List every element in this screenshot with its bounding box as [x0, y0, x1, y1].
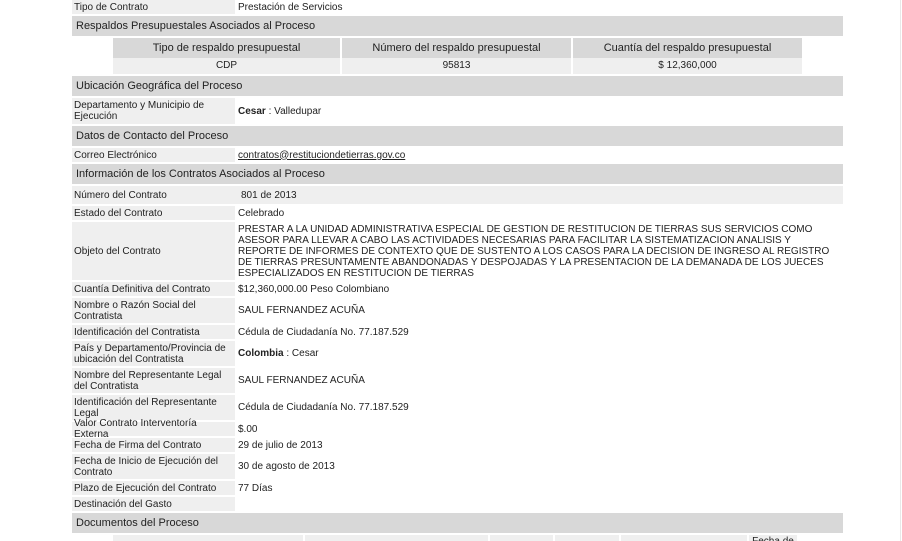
label: Departamento y Municipio de Ejecución — [72, 98, 235, 124]
value: 77 Días — [235, 481, 843, 495]
label: Nombre o Razón Social del Contratista — [72, 298, 235, 323]
section-respaldos: Respaldos Presupuestales Asociados al Pr… — [72, 16, 843, 38]
row-estado: Estado del Contrato Celebrado — [72, 206, 843, 222]
column-header: Tipo de respaldo presupuestal — [113, 38, 342, 58]
respaldos-table: Tipo de respaldo presupuestal Número del… — [113, 38, 804, 74]
label: Valor Contrato Interventoría Externa — [72, 422, 235, 436]
label: Cuantía Definitiva del Contrato — [72, 282, 235, 296]
row-email: Correo Electrónico contratos@restitucion… — [72, 148, 843, 164]
label: Correo Electrónico — [72, 148, 235, 162]
table-row: CDP 95813 $ 12,360,000 — [113, 58, 804, 74]
row-objeto: Objeto del Contrato PRESTAR A LA UNIDAD … — [72, 222, 843, 282]
country: Colombia — [238, 348, 284, 359]
label: Objeto del Contrato — [72, 222, 235, 280]
municipality: Valledupar — [274, 106, 321, 117]
label: Número del Contrato — [72, 186, 235, 204]
value: SAUL FERNANDEZ ACUÑA — [235, 368, 843, 393]
row-identificacion: Identificación del Contratista Cédula de… — [72, 325, 843, 341]
value: Prestación de Servicios — [235, 0, 843, 14]
value: 29 de julio de 2013 — [235, 438, 843, 452]
label: Nombre del Representante Legal del Contr… — [72, 368, 235, 393]
section-documentos: Documentos del Proceso — [72, 513, 843, 535]
row-ubicacion: Departamento y Municipio de Ejecución Ce… — [72, 98, 843, 126]
row-inicio: Fecha de Inicio de Ejecución del Contrat… — [72, 454, 843, 481]
column-header — [621, 535, 749, 541]
value: $12,360,000.00 Peso Colombiano — [235, 282, 843, 296]
department: Cesar — [238, 106, 266, 117]
label: Destinación del Gasto — [72, 497, 235, 511]
row-firma: Fecha de Firma del Contrato 29 de julio … — [72, 438, 843, 454]
row-representante: Nombre del Representante Legal del Contr… — [72, 368, 843, 395]
row-numero: Número del Contrato 801 de 2013 — [72, 186, 843, 206]
value: Cédula de Ciudadanía No. 77.187.529 — [235, 325, 843, 339]
label: Plazo de Ejecución del Contrato — [72, 481, 235, 495]
row-plazo: Plazo de Ejecución del Contrato 77 Días — [72, 481, 843, 497]
label: Estado del Contrato — [72, 206, 235, 220]
value: PRESTAR A LA UNIDAD ADMINISTRATIVA ESPEC… — [235, 222, 843, 280]
documentos-table-header: Fecha de — [113, 535, 843, 541]
value: 801 de 2013 — [235, 186, 843, 204]
row-pais: País y Departamento/Provincia de ubicaci… — [72, 341, 843, 368]
separator: : — [284, 348, 292, 359]
process-detail: Tipo de Contrato Prestación de Servicios… — [72, 0, 843, 541]
value: 30 de agosto de 2013 — [235, 454, 843, 479]
label: Fecha de Inicio de Ejecución del Contrat… — [72, 454, 235, 479]
column-header — [555, 535, 621, 541]
value — [235, 497, 843, 511]
label: Tipo de Contrato — [72, 0, 235, 14]
separator: : — [266, 106, 274, 117]
section-ubicacion: Ubicación Geográfica del Proceso — [72, 76, 843, 98]
column-header — [113, 535, 305, 541]
column-header: Fecha de — [749, 535, 799, 541]
cell: CDP — [113, 58, 342, 74]
row-nombre: Nombre o Razón Social del Contratista SA… — [72, 298, 843, 325]
table-header: Tipo de respaldo presupuestal Número del… — [113, 38, 804, 58]
section-contacto: Datos de Contacto del Proceso — [72, 126, 843, 148]
section-contratos: Información de los Contratos Asociados a… — [72, 164, 843, 186]
column-header — [490, 535, 555, 541]
label: Identificación del Representante Legal — [72, 395, 235, 420]
column-header: Número del respaldo presupuestal — [342, 38, 573, 58]
value: Cesar : Valledupar — [235, 98, 843, 124]
cell: 95813 — [342, 58, 573, 74]
label: Fecha de Firma del Contrato — [72, 438, 235, 452]
scrollbar[interactable] — [900, 0, 901, 541]
column-header — [305, 535, 490, 541]
value: Cédula de Ciudadanía No. 77.187.529 — [235, 395, 843, 420]
row-cuantia: Cuantía Definitiva del Contrato $12,360,… — [72, 282, 843, 298]
value: Celebrado — [235, 206, 843, 220]
label: País y Departamento/Provincia de ubicaci… — [72, 341, 235, 366]
email-link[interactable]: contratos@restituciondetierras.gov.co — [238, 150, 405, 161]
column-header: Cuantía del respaldo presupuestal — [573, 38, 804, 58]
value: Colombia : Cesar — [235, 341, 843, 366]
department: Cesar — [292, 348, 319, 359]
row-tipo-contrato: Tipo de Contrato Prestación de Servicios — [72, 0, 843, 16]
value: SAUL FERNANDEZ ACUÑA — [235, 298, 843, 323]
value: contratos@restituciondetierras.gov.co — [235, 148, 843, 162]
row-destinacion: Destinación del Gasto — [72, 497, 843, 513]
row-interventoria: Valor Contrato Interventoría Externa $.0… — [72, 422, 843, 438]
cell: $ 12,360,000 — [573, 58, 804, 74]
label: Identificación del Contratista — [72, 325, 235, 339]
value: $.00 — [235, 422, 843, 436]
